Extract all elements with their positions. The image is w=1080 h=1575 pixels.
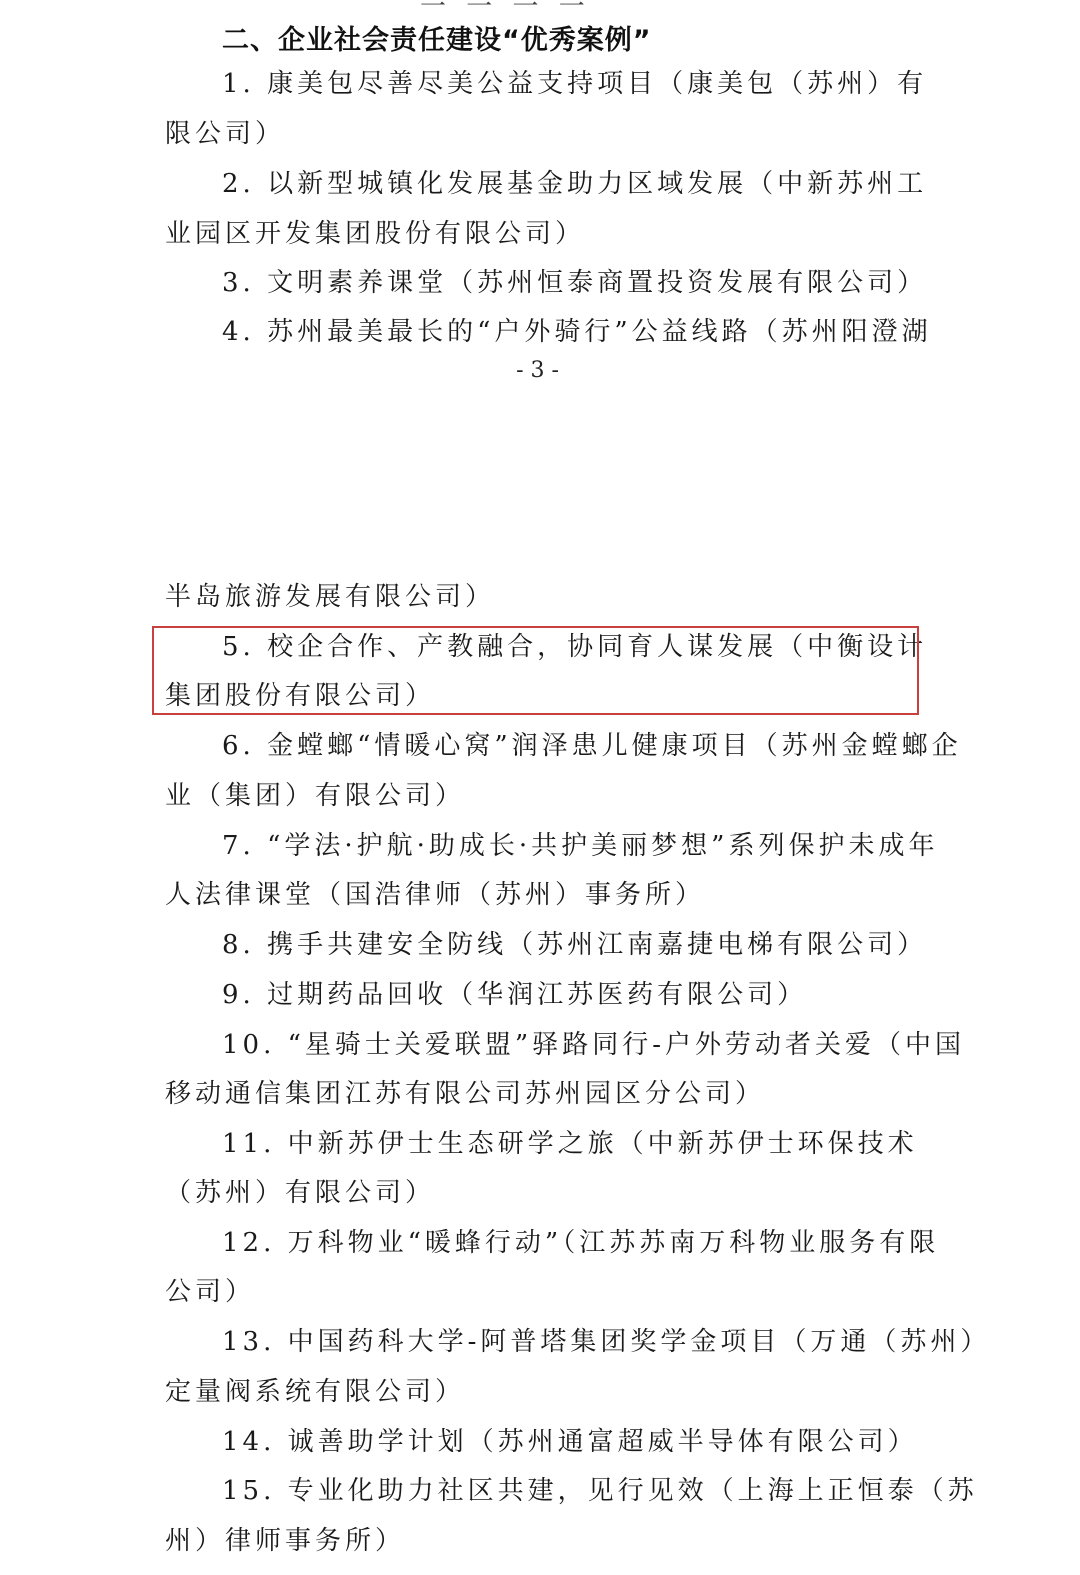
list-line: 4. 苏州最美最长的“户外骑行”公益线路（苏州阳澄湖 [222,312,905,352]
list-line: 州）律师事务所） [165,1521,905,1561]
cut-off-previous-line: 一 一 一 一 [420,0,720,6]
list-line: 1. 康美包尽善尽美公益支持项目（康美包（苏州）有 [222,64,905,104]
list-line: 14. 诚善助学计划（苏州通富超威半导体有限公司） [222,1422,905,1462]
list-line: 11. 中新苏伊士生态研学之旅（中新苏伊士环保技术 [222,1124,905,1164]
list-line: 9. 过期药品回收（华润江苏医药有限公司） [222,975,905,1015]
list-line: 7. “学法·护航·助成长·共护美丽梦想”系列保护未成年 [222,826,905,866]
list-line: 6. 金螳螂“情暖心窝”润泽患儿健康项目（苏州金螳螂企 [222,726,905,766]
highlight-box-item-5 [152,626,919,715]
list-line: 2. 以新型城镇化发展基金助力区域发展（中新苏州工 [222,164,905,204]
list-line: 公司） [165,1272,905,1312]
list-line: 8. 携手共建安全防线（苏州江南嘉捷电梯有限公司） [222,925,905,965]
list-line: 12. 万科物业“暖蜂行动”（江苏苏南万科物业服务有限 [222,1223,905,1263]
section-heading: 二、企业社会责任建设“优秀案例” [222,18,652,57]
list-line: 移动通信集团江苏有限公司苏州园区分公司） [165,1074,905,1114]
list-line: 定量阀系统有限公司） [165,1372,905,1412]
list-line: 13. 中国药科大学-阿普塔集团奖学金项目（万通（苏州） [222,1322,905,1362]
list-line: 半岛旅游发展有限公司） [165,577,905,617]
list-line: 10. “星骑士关爱联盟”驿路同行-户外劳动者关爱（中国 [222,1025,905,1065]
list-line: 业（集团）有限公司） [165,776,905,816]
list-line: 限公司） [165,114,905,154]
page-number: - 3 - [0,358,1075,383]
list-line: 3. 文明素养课堂（苏州恒泰商置投资发展有限公司） [222,263,905,303]
list-line: 业园区开发集团股份有限公司） [165,214,905,254]
list-line: 人法律课堂（国浩律师（苏州）事务所） [165,875,905,915]
list-line: （苏州）有限公司） [165,1173,905,1213]
list-line: 15. 专业化助力社区共建，见行见效（上海上正恒泰（苏 [222,1471,905,1511]
